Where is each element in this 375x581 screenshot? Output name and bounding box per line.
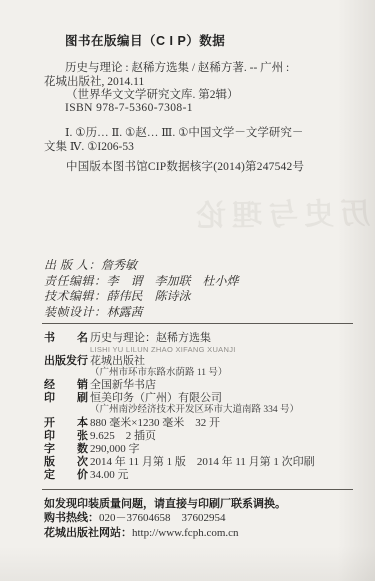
row-printer-value: 恒美印务（广州）有限公司 — [90, 392, 356, 405]
row-sheets: 印 张 9.625 2 插页 — [44, 430, 356, 443]
row-edition-label: 版 次 — [44, 456, 90, 469]
editor-label: 责任编辑： — [44, 274, 107, 288]
row-sheets-value: 9.625 2 插页 — [90, 430, 356, 443]
row-edition: 版 次 2014 年 11 月第 1 版 2014 年 11 月第 1 次印刷 — [44, 456, 356, 469]
row-price-value: 34.00 元 — [90, 469, 356, 482]
cip-classification: Ⅰ. ①历… Ⅱ. ①赵… Ⅲ. ①中国文学－文学研究－ 文集 Ⅳ. ①I206… — [44, 126, 354, 154]
publisher-name: 詹秀敏 — [101, 258, 137, 272]
row-printer: 印 刷 恒美印务（广州）有限公司 — [44, 392, 356, 405]
publisher-line: 出 版 人：詹秀敏 — [44, 258, 239, 274]
editor-names: 李 谓 李加联 杜小烨 — [107, 274, 239, 288]
staff-credits: 出 版 人：詹秀敏 责任编辑：李 谓 李加联 杜小烨 技术编辑：薛伟民 陈诗泳 … — [44, 258, 239, 320]
row-price-label: 定 价 — [44, 469, 90, 482]
row-publisher-label: 出版发行 — [44, 355, 90, 368]
colophon: 书 名 历史与理论：赵稀方选集 LISHI YU LILUN ZHAO XIFA… — [44, 332, 356, 482]
row-sheets-label: 印 张 — [44, 430, 90, 443]
tech-editor-names: 薛伟民 陈诗泳 — [107, 289, 191, 303]
copyright-page: 图书在版编目（C I P）数据 历史与理论 : 赵稀方选集 / 赵稀方著. --… — [0, 0, 375, 581]
divider-bottom — [42, 489, 353, 490]
row-distributor: 经 销 全国新华书店 — [44, 379, 356, 392]
row-format-label: 开 本 — [44, 417, 90, 430]
cip-entry-line1: 历史与理论 : 赵稀方选集 / 赵稀方著. -- 广州 : — [44, 61, 349, 75]
hotline-line: 购书热线：020－37604658 37602954 — [44, 511, 356, 525]
row-distributor-label: 经 销 — [44, 379, 90, 392]
row-distributor-value: 全国新华书店 — [90, 379, 356, 392]
row-format-value: 880 毫米×1230 毫米 32 开 — [90, 417, 356, 430]
cip-class-line1: Ⅰ. ①历… Ⅱ. ①赵… Ⅲ. ①中国文学－文学研究－ — [44, 126, 354, 140]
cip-class-line2: 文集 Ⅳ. ①I206-53 — [44, 140, 354, 154]
divider-top — [42, 323, 353, 324]
designer-line: 装帧设计：林露茜 — [44, 305, 239, 321]
footer-notices: 如发现印装质量问题，请直接与印刷厂联系调换。 购书热线：020－37604658… — [44, 497, 356, 540]
website-line: 花城出版社网站：http://www.fcph.com.cn — [44, 526, 356, 540]
row-word-count: 字 数 290,000 字 — [44, 443, 356, 456]
row-edition-value: 2014 年 11 月第 1 版 2014 年 11 月第 1 次印刷 — [90, 456, 356, 469]
row-book-title-label: 书 名 — [44, 332, 90, 345]
publisher-label: 出 版 人： — [44, 258, 101, 272]
tech-editor-label: 技术编辑： — [44, 289, 107, 303]
designer-name: 林露茜 — [107, 305, 143, 319]
hotline-label: 购书热线： — [44, 512, 99, 524]
row-word-count-value: 290,000 字 — [90, 443, 356, 456]
printer-address: （广州南沙经济技术开发区环市大道南路 334 号） — [44, 405, 356, 417]
cip-entry: 历史与理论 : 赵稀方选集 / 赵稀方著. -- 广州 : 花城出版社, 201… — [44, 61, 349, 89]
row-printer-label: 印 刷 — [44, 392, 90, 405]
page-showthrough-title: 历史与理论 — [170, 188, 371, 235]
cip-series-note: （世界华文文学研究文库. 第2辑） — [66, 88, 239, 102]
book-title-pinyin: LISHI YU LILUN ZHAO XIFANG XUANJI — [44, 345, 356, 355]
editor-line: 责任编辑：李 谓 李加联 杜小烨 — [44, 274, 239, 290]
hotline-numbers: 020－37604658 37602954 — [99, 512, 226, 524]
row-book-title-value: 历史与理论：赵稀方选集 — [90, 332, 356, 345]
website-label: 花城出版社网站： — [44, 527, 132, 539]
cip-isbn: ISBN 978-7-5360-7308-1 — [65, 101, 193, 115]
row-book-title: 书 名 历史与理论：赵稀方选集 — [44, 332, 356, 345]
cip-record-number: 中国版本图书馆CIP数据核字(2014)第247542号 — [66, 160, 304, 174]
publisher-address: （广州市环市东路水荫路 11 号） — [44, 368, 356, 380]
quality-notice: 如发现印装质量问题，请直接与印刷厂联系调换。 — [44, 497, 356, 511]
row-word-count-label: 字 数 — [44, 443, 90, 456]
cip-header: 图书在版编目（C I P）数据 — [65, 31, 225, 49]
website-url: http://www.fcph.com.cn — [132, 527, 239, 539]
row-publisher-value: 花城出版社 — [90, 355, 356, 368]
designer-label: 装帧设计： — [44, 305, 107, 319]
row-publisher: 出版发行 花城出版社 — [44, 355, 356, 368]
row-price: 定 价 34.00 元 — [44, 469, 356, 482]
cip-entry-line2: 花城出版社, 2014.11 — [44, 75, 349, 89]
row-format: 开 本 880 毫米×1230 毫米 32 开 — [44, 417, 356, 430]
tech-editor-line: 技术编辑：薛伟民 陈诗泳 — [44, 289, 239, 305]
